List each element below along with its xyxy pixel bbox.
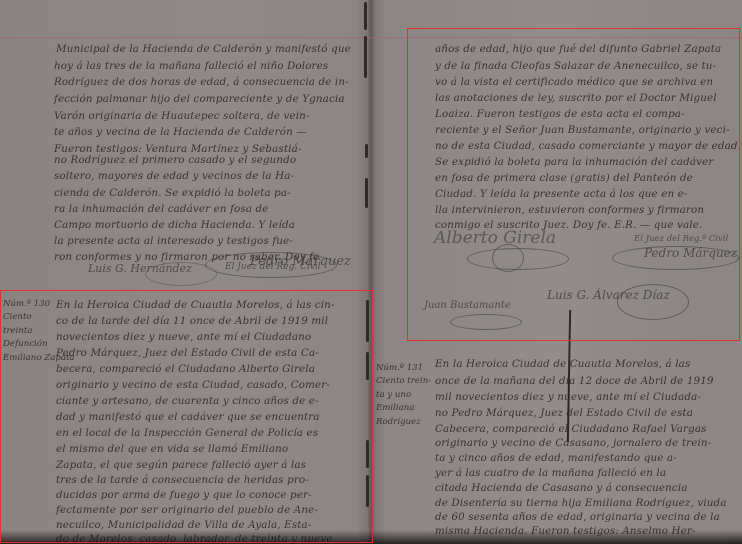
text-line: las anotaciones de ley, suscrito por el … [435,92,717,104]
text-line: no Pedro Márquez, Juez del Estado Civil … [435,407,693,419]
text-line: ducidas por arma de fuego y que lo conoc… [56,489,312,501]
text-line: de 60 sesenta años de edad, originaria y… [435,511,720,523]
ledger-spread: Municipal de la Hacienda de Calderón y m… [0,0,742,544]
text-line: dad y manifestó que el cadáver que se en… [56,411,320,423]
entry-margin-note: Núm.º 131 Ciento trein- ta y uno Emilian… [376,362,431,429]
text-line: en fosa de primera clase (gratis) del Pa… [435,172,693,184]
text-line: mil novecientos diez y nueve, ante mí el… [435,391,701,403]
signature-flourish [617,284,689,320]
text-line: Campo mortuorio de dicha Hacienda. Y leí… [54,219,295,231]
signature-flourish [450,314,522,330]
text-line: Pedro Márquez, Juez del Estado Civil de … [56,347,319,359]
text-line: becera, compareció el Ciudadano Alberto … [56,363,315,375]
text-line: soltero, mayores de edad y vecinos de la… [54,170,294,182]
right-page: años de edad, hijo que fué del difunto G… [372,0,742,544]
binding-mark [364,36,367,78]
text-line: la presente acta al interesado y testigo… [54,235,293,247]
binding-mark [366,440,369,468]
signature-flourish [492,244,524,272]
judge-caption: El Juez del Reg.º Civil [634,234,728,244]
text-line: novecientos diez y nueve, ante mí el Ciu… [56,331,311,343]
text-line: el mismo del que en vida se llamó Emilia… [56,443,288,455]
text-line: y de la finada Cleofas Salazar de Anenec… [435,60,716,72]
text-line: once de la mañana del día 12 doce de Abr… [435,375,714,387]
binding-mark [364,2,367,30]
text-line: Loaiza. Fueron testigos de esta acta el … [435,108,685,120]
text-line: fección palmonar hijo del compareciente … [54,93,345,105]
text-line: Rodríguez de dos horas de edad, á consec… [54,76,349,88]
text-line: cienda de Calderón. Se expidió la boleta… [54,187,291,199]
text-line: años de edad, hijo que fué del difunto G… [435,43,721,55]
text-line: no de esta Ciudad, casado comerciante y … [435,140,741,152]
binding-mark [365,144,368,158]
text-line: tres de la tarde á consecuencia de herid… [56,474,309,486]
witness-signature: Juan Bustamante [424,300,511,311]
text-line: ta y cinco años de edad, manifestando qu… [435,452,677,464]
text-line: ra la inhumación del cadáver en fosa de [54,203,269,215]
text-line: lla intervinieron, estuvieron conformes … [435,204,704,216]
binding-mark [366,300,369,342]
binding-mark [365,178,368,208]
text-line: co de la tarde del día 11 once de Abril … [56,315,328,327]
ruled-margin-line [0,37,372,38]
text-line: En la Heroica Ciudad de Cuautla Morelos,… [435,358,690,370]
text-line: Municipal de la Hacienda de Calderón y m… [56,43,351,55]
text-line: fectamente por ser originario del pueblo… [56,504,318,516]
text-line: te años y vecina de la Hacienda de Calde… [54,126,307,138]
text-line: Cabecera, compareció el Ciudadano Rafael… [435,423,707,435]
text-line: Varón originaria de Huautepec soltera, d… [54,110,310,122]
signature-flourish [612,246,739,270]
text-line: ciante y artesano, de cuarenta y cinco a… [56,395,319,407]
text-line: no Rodríguez el primero casado y el segu… [54,154,296,166]
text-line: Zapata, el que según parece falleció aye… [56,459,306,471]
text-line: Se expidió la boleta para la inhumación … [435,156,713,168]
signature-flourish [145,262,217,286]
ruled-margin-line [372,37,742,38]
binding-mark [366,352,369,380]
text-line: citada Hacienda de Casasano y á consecue… [435,482,688,494]
text-line: Ciudad. Y leída la presente acta á los q… [435,188,688,200]
binding-mark [366,475,369,507]
signature-flourish [205,252,337,278]
page-edge-shadow [0,530,742,544]
text-line: En la Heroica Ciudad de Cuautla Morelos,… [56,299,335,311]
declarant-signature: Alberto Girela [434,228,556,248]
text-line: hoy á las tres de la mañana falleció el … [54,60,328,72]
text-line: de Disentería su tierna hija Emiliana Ro… [435,497,727,509]
text-line: vo á la vista el certificado médico que … [435,76,713,88]
text-line: yer á las cuatro de la mañana falleció e… [435,467,666,479]
text-line: originario y vecino de esta Ciudad, casa… [56,379,330,391]
text-line: reciente y el Señor Juan Bustamante, ori… [435,124,730,136]
text-line: originario y vecino de Casasano, jornale… [435,437,711,449]
text-line: en el local de la Inspección General de … [56,427,318,439]
left-page: Municipal de la Hacienda de Calderón y m… [0,0,372,544]
